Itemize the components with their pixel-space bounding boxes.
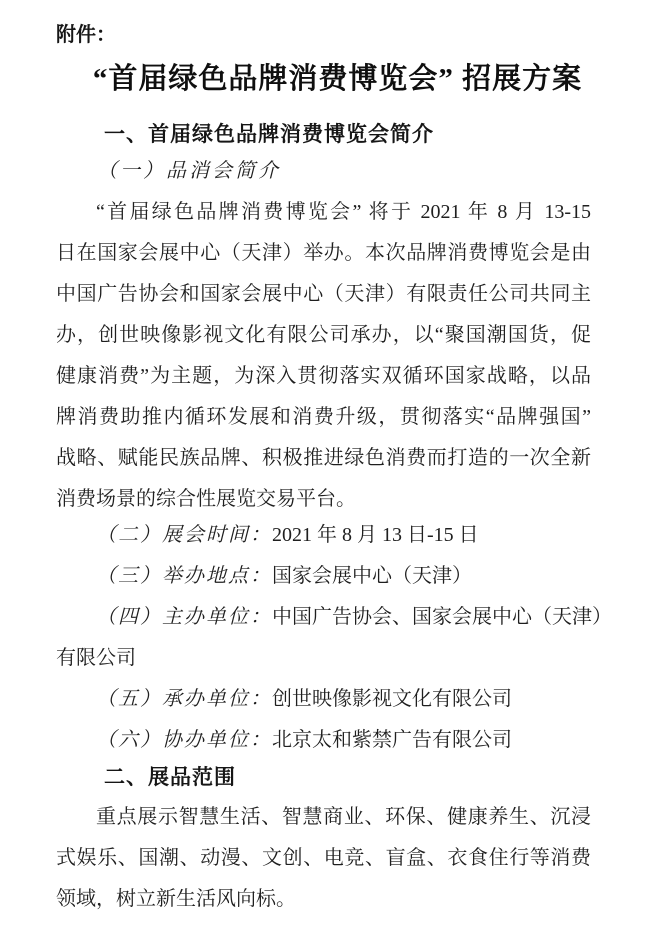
- item-label: （三）举办地点：: [96, 565, 272, 587]
- attachment-label: 附件：: [56, 22, 116, 48]
- intro-paragraph: “首届绿色品牌消费博览会” 将于 2021 年 8 月 13-15日在国家会展中…: [56, 192, 591, 520]
- document-page: 附件： “首届绿色品牌消费博览会” 招展方案 一、首届绿色品牌消费博览会简介 （…: [0, 0, 645, 941]
- list-item: （四）主办单位：中国广告协会、国家会展中心（天津）: [56, 597, 591, 638]
- list-item: （三）举办地点：国家会展中心（天津）: [56, 556, 591, 597]
- item-label: （四）主办单位：: [96, 606, 272, 628]
- paragraph-line: 重点展示智慧生活、智慧商业、环保、健康养生、沉浸: [56, 797, 591, 838]
- item-label: （二）展会时间：: [96, 524, 272, 546]
- paragraph-line: 日在国家会展中心（天津）举办。本次品牌消费博览会是由: [56, 233, 591, 274]
- item-value: 中国广告协会、国家会展中心（天津）: [272, 606, 612, 628]
- item-label: （六）协办单位：: [96, 729, 272, 751]
- item-label: （五）承办单位：: [96, 688, 272, 710]
- paragraph-line: 战略、赋能民族品牌、积极推进绿色消费而打造的一次全新: [56, 438, 591, 479]
- paragraph-line: 式娱乐、国潮、动漫、文创、电竞、盲盒、衣食住行等消费: [56, 838, 591, 879]
- paragraph-line: 消费场景的综合性展览交易平台。: [56, 479, 591, 520]
- paragraph-line: 中国广告协会和国家会展中心（天津）有限责任公司共同主: [56, 274, 591, 315]
- paragraph-line: 健康消费”为主题，为深入贯彻落实双循环国家战略，以品: [56, 356, 591, 397]
- paragraph-line: 办，创世映像影视文化有限公司承办，以“聚国潮国货，促: [56, 315, 591, 356]
- list-item: （二）展会时间：2021 年 8 月 13 日-15 日: [56, 515, 591, 556]
- item-value-wrap: 有限公司: [56, 638, 591, 679]
- section-2-heading: 二、展品范围: [104, 763, 236, 793]
- organizer-info-list: （二）展会时间：2021 年 8 月 13 日-15 日（三）举办地点：国家会展…: [56, 515, 591, 761]
- item-value: 创世映像影视文化有限公司: [272, 688, 512, 710]
- list-item: （五）承办单位：创世映像影视文化有限公司: [56, 679, 591, 720]
- paragraph-line: 领域，树立新生活风向标。: [56, 879, 591, 920]
- document-title: “首届绿色品牌消费博览会” 招展方案: [70, 58, 605, 100]
- paragraph-line: “首届绿色品牌消费博览会” 将于 2021 年 8 月 13-15: [56, 192, 591, 233]
- item-value: 国家会展中心（天津）: [272, 565, 472, 587]
- item-value: 北京太和紫禁广告有限公司: [272, 729, 512, 751]
- exhibit-scope-paragraph: 重点展示智慧生活、智慧商业、环保、健康养生、沉浸式娱乐、国潮、动漫、文创、电竞、…: [56, 797, 591, 920]
- section-1-heading: 一、首届绿色品牌消费博览会简介: [104, 120, 434, 150]
- paragraph-line: 牌消费助推内循环发展和消费升级，贯彻落实“品牌强国”: [56, 397, 591, 438]
- section-1-subheading: （一）品消会简介: [97, 155, 281, 187]
- list-item: （六）协办单位：北京太和紫禁广告有限公司: [56, 720, 591, 761]
- item-value: 2021 年 8 月 13 日-15 日: [272, 524, 479, 546]
